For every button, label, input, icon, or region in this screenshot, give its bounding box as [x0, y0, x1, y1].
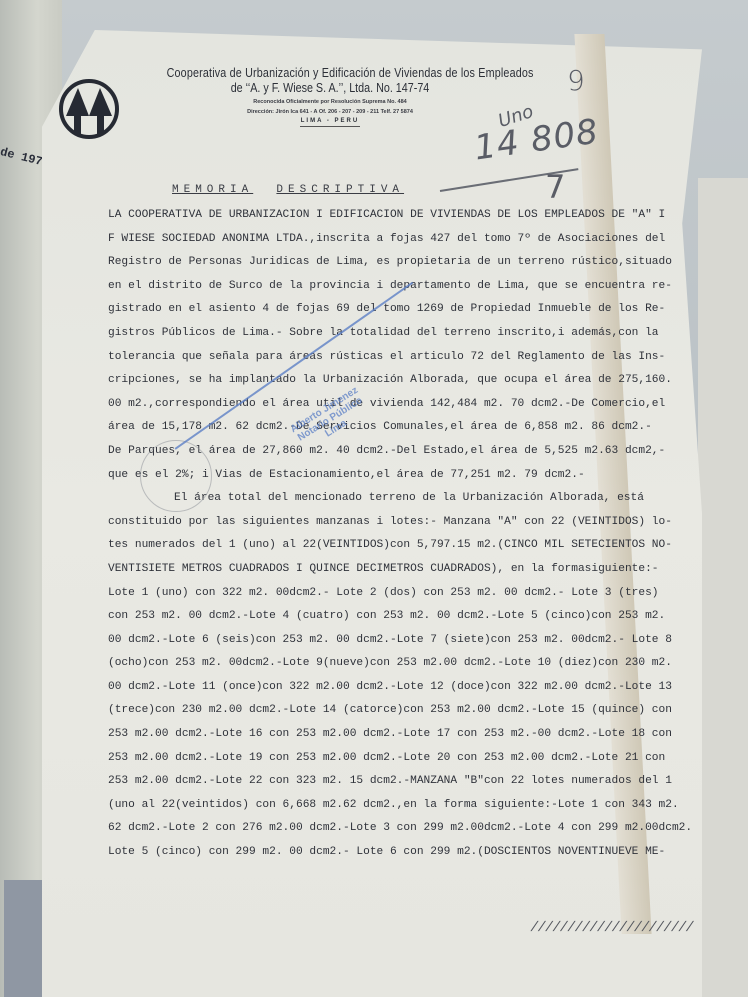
- text-line: tes numerados del 1 (uno) al 22(VEINTIDO…: [108, 534, 676, 558]
- document-body: LA COOPERATIVA DE URBANIZACION I EDIFICA…: [108, 204, 676, 865]
- document-title: MEMORIA DESCRIPTIVA: [172, 184, 404, 196]
- text-line: Registro de Personas Juridicas de Lima, …: [108, 251, 676, 275]
- text-line: Lote 1 (uno) con 322 m2. 00dcm2.- Lote 2…: [108, 582, 676, 606]
- letterhead-city: LIMA - PERU: [140, 118, 520, 124]
- text-line: 00 dcm2.-Lote 11 (once)con 322 m2.00 dcm…: [108, 676, 676, 700]
- text-line: (ocho)con 253 m2. 00dcm2.-Lote 9(nueve)c…: [108, 652, 676, 676]
- letterhead-rule: [300, 126, 360, 127]
- title-word-2: DESCRIPTIVA: [276, 184, 404, 196]
- cooperative-logo-icon: [58, 78, 120, 140]
- text-line: VENTISIETE METROS CUADRADOS I QUINCE DEC…: [108, 558, 676, 582]
- text-line: LA COOPERATIVA DE URBANIZACION I EDIFICA…: [108, 204, 676, 228]
- text-line: constituido por las siguientes manzanas …: [108, 511, 676, 535]
- letterhead-address: Dirección: Jirón Ica 641 - A Of. 206 - 2…: [140, 109, 520, 115]
- text-line: gistrado en el asiento 4 de fojas 69 del…: [108, 298, 676, 322]
- letterhead-org-subtitle: de ‘‘A. y F. Wiese S. A.’’, Ltda. No. 14…: [167, 81, 494, 95]
- handwritten-page-number: 9: [567, 64, 585, 97]
- letterhead-org-name: Cooperativa de Urbanización y Edificació…: [167, 66, 494, 80]
- text-line: gistros Públicos de Lima.- Sobre la tota…: [108, 322, 676, 346]
- handwritten-fraction: 7: [545, 168, 565, 206]
- text-line: 00 dcm2.-Lote 6 (seis)con 253 m2. 00 dcm…: [108, 629, 676, 653]
- letterhead: Cooperativa de Urbanización y Edificació…: [140, 66, 520, 127]
- text-line: 253 m2.00 dcm2.-Lote 16 con 253 m2.00 dc…: [108, 723, 676, 747]
- text-line: Lote 5 (cinco) con 299 m2. 00 dcm2.- Lot…: [108, 841, 676, 865]
- end-marks: //////////////////////: [529, 920, 694, 936]
- text-line: 253 m2.00 dcm2.-Lote 22 con 323 m2. 15 d…: [108, 770, 676, 794]
- letterhead-recognition: Reconocida Oficialmente por Resolución S…: [140, 99, 520, 105]
- text-line: 62 dcm2.-Lote 2 con 276 m2.00 dcm2.-Lote…: [108, 817, 676, 841]
- pencil-circle-mark: [140, 440, 212, 512]
- text-line: F WIESE SOCIEDAD ANONIMA LTDA.,inscrita …: [108, 228, 676, 252]
- text-line: (uno al 22(veintidos) con 6,668 m2.62 dc…: [108, 794, 676, 818]
- text-line: 253 m2.00 dcm2.-Lote 19 con 253 m2.00 dc…: [108, 747, 676, 771]
- background-paper: [698, 178, 748, 997]
- folder-edge: [4, 880, 42, 997]
- title-word-1: MEMORIA: [172, 184, 253, 196]
- text-line: con 253 m2. 00 dcm2.-Lote 4 (cuatro) con…: [108, 605, 676, 629]
- text-line: (trece)con 230 m2.00 dcm2.-Lote 14 (cato…: [108, 699, 676, 723]
